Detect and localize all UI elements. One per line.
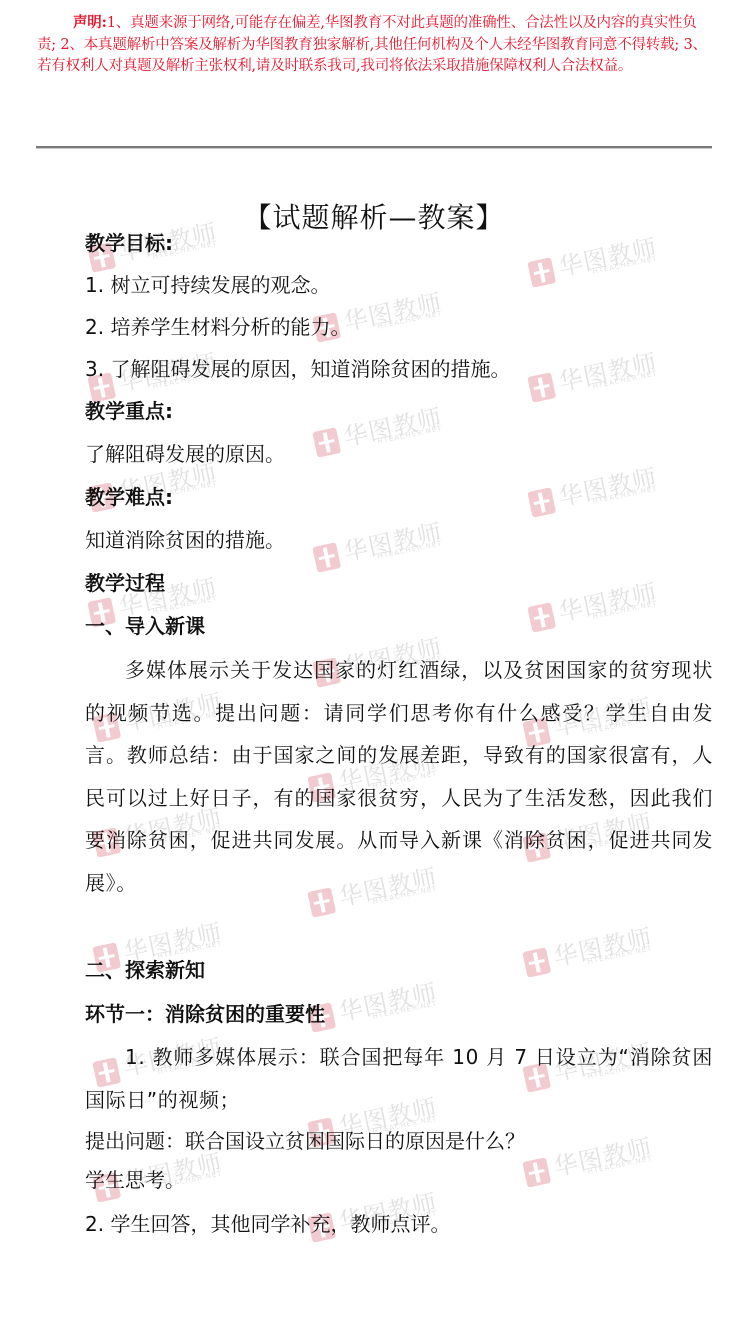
watermark: 华图教师HTEACHER.NET bbox=[310, 504, 467, 584]
objectives-heading: 教学目标: bbox=[85, 230, 173, 256]
objective-item: 2. 培养学生材料分析的能力。 bbox=[85, 314, 350, 340]
key-point-text: 了解阻碍发展的原因。 bbox=[85, 441, 285, 467]
difficulty-heading: 教学难点: bbox=[85, 484, 173, 510]
disclaimer-text: 1、真题来源于网络,可能存在偏差,华图教育不对此真题的准确性、合法性以及内容的真… bbox=[37, 15, 707, 74]
huatu-logo-icon bbox=[527, 487, 556, 517]
objective-item: 3. 了解阻碍发展的原因，知道消除贫困的措施。 bbox=[85, 356, 510, 382]
step1-question: 提出问题：联合国设立贫困国际日的原因是什么？ bbox=[85, 1128, 525, 1154]
huatu-logo-icon bbox=[527, 257, 556, 287]
disclaimer: 声明:1、真题来源于网络,可能存在偏差,华图教育不对此真题的准确性、合法性以及内… bbox=[37, 12, 713, 78]
step1-heading: 环节一：消除贫困的重要性 bbox=[85, 1001, 325, 1027]
watermark: 华图教师HTEACHER.NET bbox=[520, 909, 677, 989]
watermark: 华图教师HTEACHER.NET bbox=[520, 1119, 677, 1199]
huatu-logo-icon bbox=[522, 947, 551, 977]
process-heading: 教学过程 bbox=[85, 570, 165, 596]
document-page: 华图教师HTEACHER.NET 华图教师HTEACHER.NET 华图教师HT… bbox=[0, 0, 748, 1335]
huatu-logo-icon bbox=[527, 602, 556, 632]
objective-item: 1. 树立可持续发展的观念。 bbox=[85, 272, 330, 298]
step1-item1: 1. 教师多媒体展示：联合国把每年 10 月 7 日设立为“消除贫困国际日”的视… bbox=[85, 1036, 713, 1121]
step1-think: 学生思考。 bbox=[85, 1167, 185, 1193]
header-divider bbox=[36, 146, 712, 149]
watermark: 华图教师HTEACHER.NET bbox=[310, 389, 467, 469]
part1-heading: 一、导入新课 bbox=[85, 613, 205, 639]
huatu-logo-icon bbox=[522, 1157, 551, 1187]
part2-heading: 二、探索新知 bbox=[85, 957, 205, 983]
watermark: 华图教师HTEACHER.NET bbox=[525, 334, 682, 414]
watermark: 华图教师HTEACHER.NET bbox=[525, 564, 682, 644]
key-point-heading: 教学重点: bbox=[85, 398, 173, 424]
huatu-logo-icon bbox=[312, 542, 341, 572]
watermark: 华图教师HTEACHER.NET bbox=[305, 964, 462, 1044]
difficulty-text: 知道消除贫困的措施。 bbox=[85, 527, 285, 553]
watermark: 华图教师HTEACHER.NET bbox=[525, 449, 682, 529]
disclaimer-lead: 声明: bbox=[73, 14, 107, 31]
step1-item2: 2. 学生回答，其他同学补充，教师点评。 bbox=[85, 1211, 450, 1237]
huatu-logo-icon bbox=[312, 427, 341, 457]
part1-paragraph: 多媒体展示关于发达国家的灯红酒绿，以及贫困国家的贫穷现状的视频节选。提出问题：请… bbox=[85, 649, 713, 904]
huatu-logo-icon bbox=[527, 372, 556, 402]
